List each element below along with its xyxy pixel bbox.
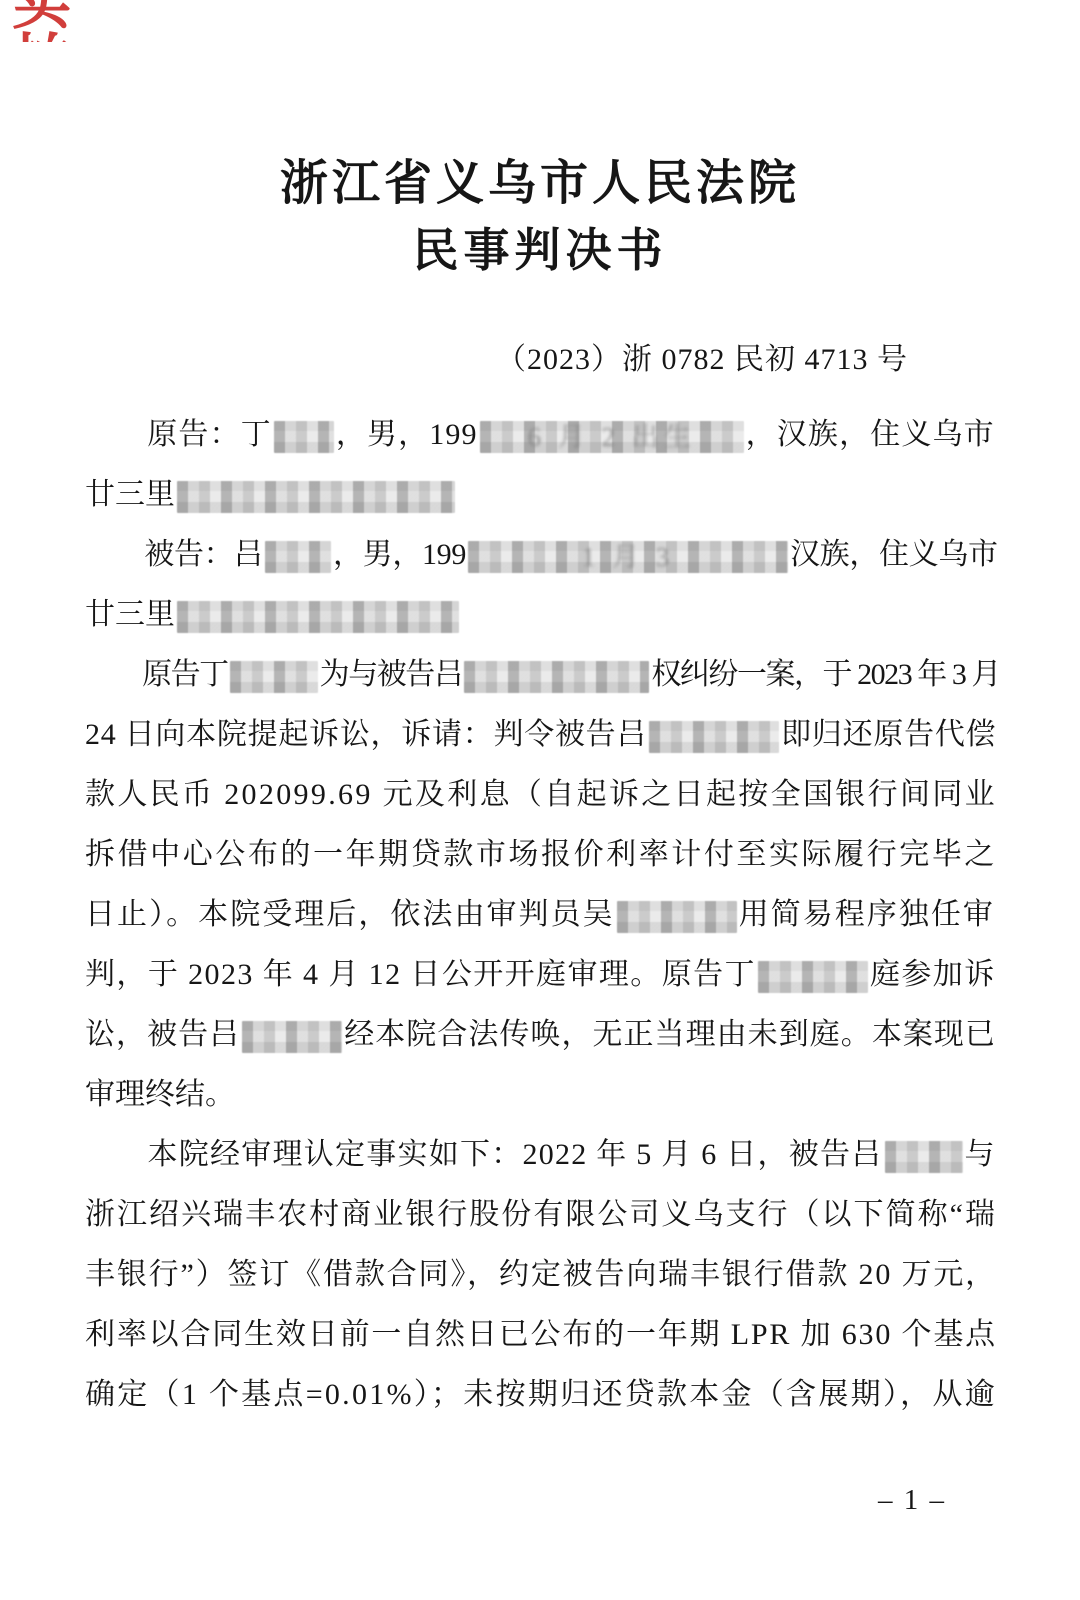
redaction-ghost-text: 1 月 3	[468, 541, 788, 573]
redaction-block	[649, 721, 779, 753]
text-segment: 原告：丁	[85, 418, 272, 451]
text-segment: 讼，被告吕	[85, 1018, 240, 1051]
text-segment: 廿三里	[85, 478, 175, 511]
document-line: 浙江绍兴瑞丰农村商业银行股份有限公司义乌支行（以下简称“瑞	[85, 1185, 997, 1245]
redaction-block	[242, 1021, 342, 1053]
document-line: 判，于 2023 年 4 月 12 日公开开庭审理。原告丁庭参加诉	[85, 945, 997, 1005]
redaction-block	[265, 541, 331, 573]
redaction-block	[464, 661, 649, 693]
document-line: 款人民币 202099.69 元及利息（自起诉之日起按全国银行间同业	[85, 765, 997, 825]
document-type: 民事判决书	[0, 214, 1080, 280]
text-segment: 拆借中心公布的一年期贷款市场报价利率计付至实际履行完毕之	[85, 838, 997, 871]
red-stamp-fragment: 实拍	[12, 0, 162, 42]
text-segment: 汉族，住义乌市	[790, 538, 998, 571]
text-segment: 廿三里	[85, 598, 175, 631]
redaction-ghost-text: 6 月 2 出生	[480, 421, 744, 453]
redaction-block	[885, 1141, 963, 1173]
document-body: 原告：丁，男，1996 月 2 出生，汉族，住义乌市廿三里 被告：吕，男，199…	[85, 405, 997, 1425]
document-line: 廿三里	[85, 465, 997, 525]
document-line: 原告丁为与被告吕权纠纷一案，于 2023 年 3 月	[85, 645, 997, 705]
text-segment: 庭参加诉	[870, 958, 996, 991]
red-stamp-glyphs: 实拍	[12, 0, 162, 42]
text-segment: 利率以合同生效日前一自然日已公布的一年期 LPR 加 630 个基点	[85, 1318, 997, 1351]
text-segment: 本院经审理认定事实如下：2022 年 5 月 6 日，被告吕	[85, 1138, 883, 1171]
document-line: 日止）。本院受理后，依法由审判员吴用简易程序独任审	[85, 885, 997, 945]
document-line: 24 日向本院提起诉讼，诉请：判令被告吕即归还原告代偿	[85, 705, 997, 765]
text-segment: 与	[965, 1138, 996, 1171]
document-line: 本院经审理认定事实如下：2022 年 5 月 6 日，被告吕与	[85, 1125, 997, 1185]
text-segment: 24 日向本院提起诉讼，诉请：判令被告吕	[85, 718, 647, 751]
text-segment: 原告丁	[85, 658, 228, 691]
document-line: 审理终结。	[85, 1065, 997, 1125]
text-segment: ，男，199	[336, 418, 478, 451]
document-line: 确定（1 个基点=0.01%）；未按期归还贷款本金（含展期），从逾	[85, 1365, 997, 1425]
text-segment: 款人民币 202099.69 元及利息（自起诉之日起按全国银行间同业	[85, 778, 997, 811]
document-line: 讼，被告吕经本院合法传唤，无正当理由未到庭。本案现已	[85, 1005, 997, 1065]
text-segment: 日止）。本院受理后，依法由审判员吴	[85, 898, 615, 931]
redaction-block: 1 月 3	[468, 541, 788, 573]
text-segment: 为与被告吕	[320, 658, 463, 691]
redaction-block	[274, 421, 334, 453]
text-segment: 权纠纷一案，于 2023 年 3 月	[651, 658, 1000, 691]
document-line: 原告：丁，男，1996 月 2 出生，汉族，住义乌市	[85, 405, 997, 465]
text-segment: 确定（1 个基点=0.01%）；未按期归还贷款本金（含展期），从逾	[85, 1378, 997, 1411]
text-segment: 审理终结。	[85, 1078, 235, 1111]
document-line: 被告：吕，男，1991 月 3汉族，住义乌市	[85, 525, 997, 585]
document-line: 利率以合同生效日前一自然日已公布的一年期 LPR 加 630 个基点	[85, 1305, 997, 1365]
redaction-block	[230, 661, 318, 693]
text-segment: 即归还原告代偿	[781, 718, 996, 751]
text-segment: 经本院合法传唤，无正当理由未到庭。本案现已	[344, 1018, 996, 1051]
judgment-page: 实拍 浙江省义乌市人民法院 民事判决书 （2023）浙 0782 民初 4713…	[0, 0, 1080, 1600]
text-segment: 浙江绍兴瑞丰农村商业银行股份有限公司义乌支行（以下简称“瑞	[85, 1198, 997, 1231]
redaction-block	[177, 601, 459, 633]
document-line: 拆借中心公布的一年期贷款市场报价利率计付至实际履行完毕之	[85, 825, 997, 885]
document-line: 丰银行”）签订《借款合同》，约定被告向瑞丰银行借款 20 万元，	[85, 1245, 997, 1305]
case-number: （2023）浙 0782 民初 4713 号	[496, 334, 908, 378]
text-segment: ，汉族，住义乌市	[746, 418, 995, 451]
text-segment: ，男，199	[333, 538, 466, 571]
redaction-block	[617, 901, 737, 933]
redaction-block	[758, 961, 868, 993]
page-number: – 1 –	[852, 1484, 972, 1517]
document-line: 廿三里	[85, 585, 997, 645]
court-name: 浙江省义乌市人民法院	[0, 144, 1080, 213]
text-segment: 丰银行”）签订《借款合同》，约定被告向瑞丰银行借款 20 万元，	[85, 1258, 997, 1291]
redaction-block: 6 月 2 出生	[480, 421, 744, 453]
text-segment: 用简易程序独任审	[739, 898, 995, 931]
text-segment: 被告：吕	[85, 538, 263, 571]
redaction-block	[177, 481, 455, 513]
text-segment: 判，于 2023 年 4 月 12 日公开开庭审理。原告丁	[85, 958, 756, 991]
